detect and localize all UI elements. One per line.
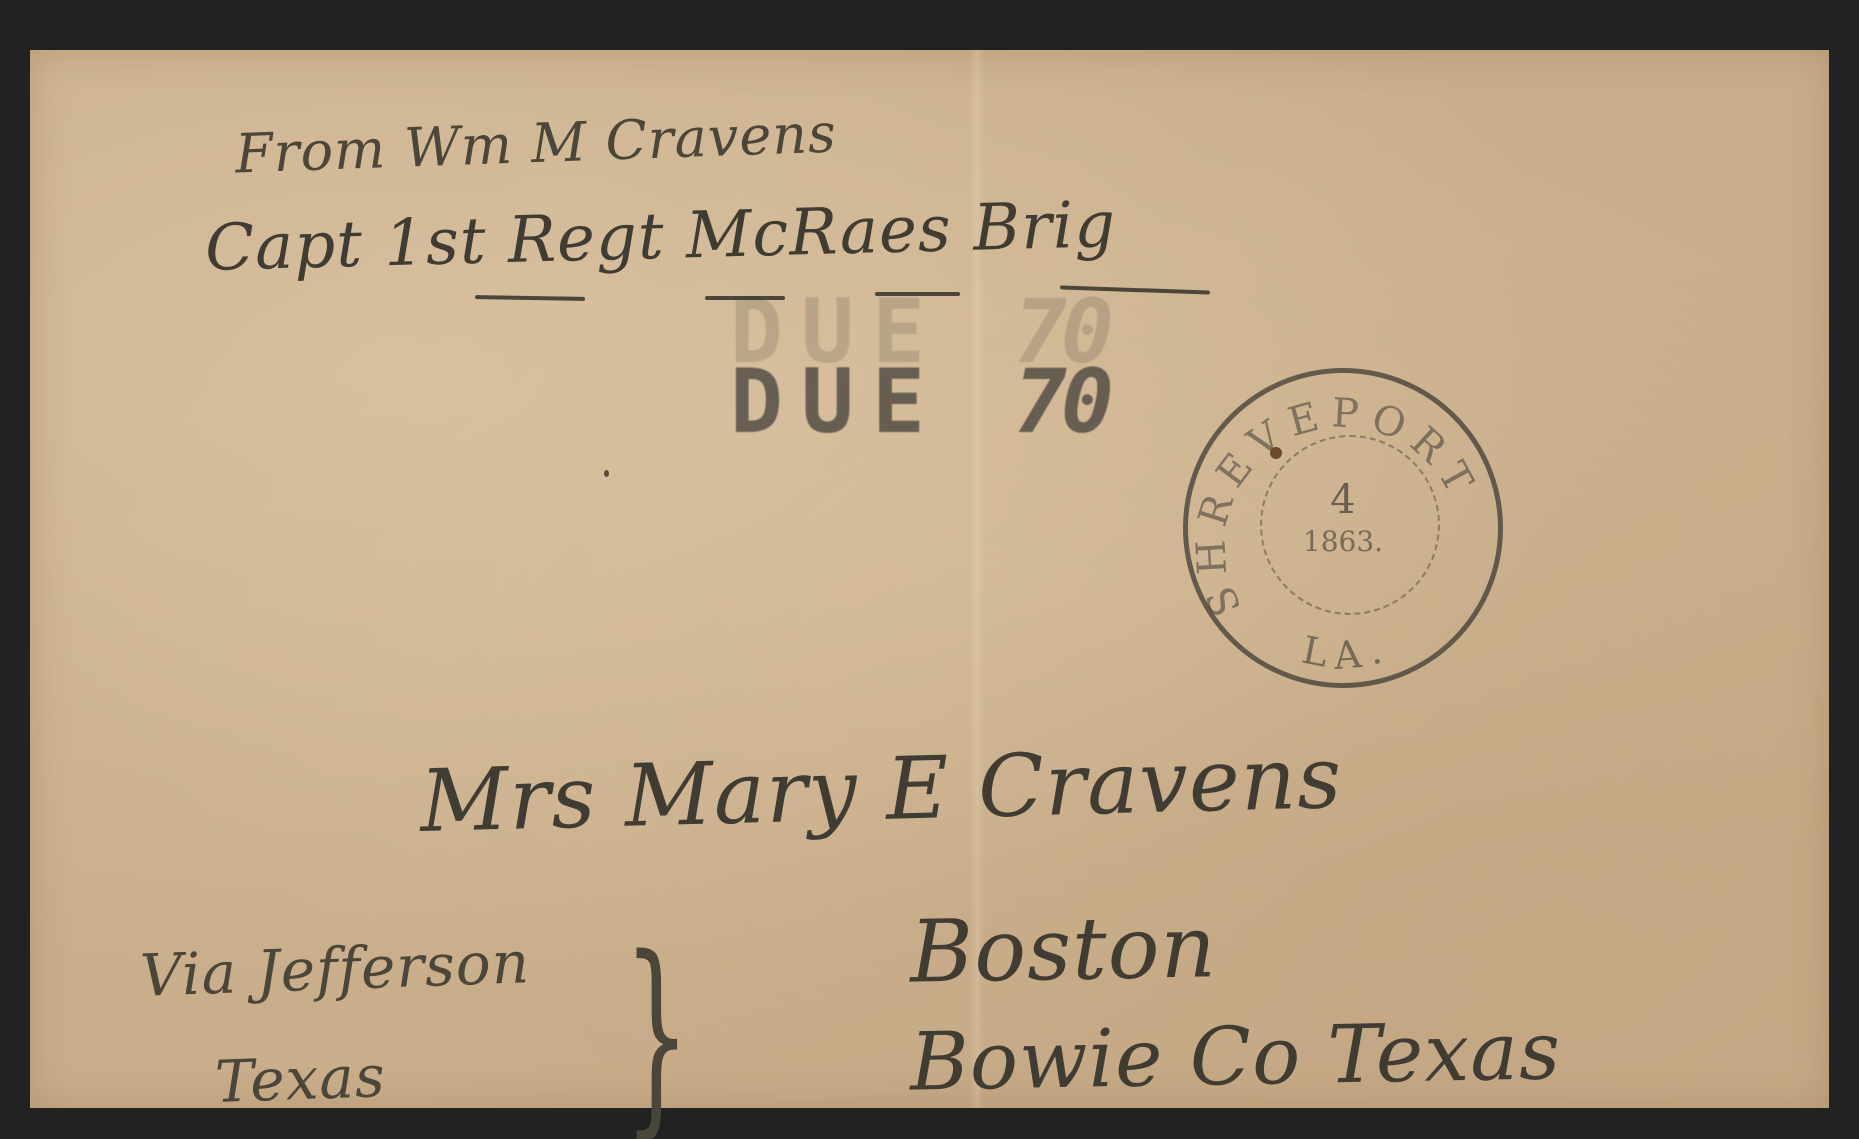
addressee-town: Boston <box>909 897 1218 1002</box>
addressee-name: Mrs Mary E Cravens <box>419 728 1344 852</box>
postmark-day: 4 <box>1188 477 1498 523</box>
routing-line-1: Via Jefferson <box>139 928 531 1010</box>
routing-line-2: Texas <box>214 1042 387 1116</box>
underline-mark <box>475 295 585 301</box>
due-label: DUE <box>730 350 943 453</box>
addressee-county-state: Bowie Co Texas <box>909 1004 1561 1108</box>
due-amount: 70 <box>1014 350 1108 453</box>
underline-mark <box>875 292 960 296</box>
underline-mark <box>1060 285 1210 294</box>
ink-speck <box>1270 447 1282 459</box>
ink-speck <box>604 470 609 477</box>
underline-mark <box>705 296 785 300</box>
envelope: From Wm M Cravens Capt 1st Regt McRaes B… <box>30 50 1829 1108</box>
return-address-line-1: From Wm M Cravens <box>234 102 838 186</box>
svg-text:LA.: LA. <box>1298 625 1396 678</box>
routing-brace: } <box>623 930 690 1139</box>
due-handstamp: DUE 70 <box>730 350 1108 453</box>
postmark-year: 1863. <box>1188 525 1498 558</box>
circular-datestamp: SHREVEPORT LA. 4 1863. <box>1183 368 1503 688</box>
